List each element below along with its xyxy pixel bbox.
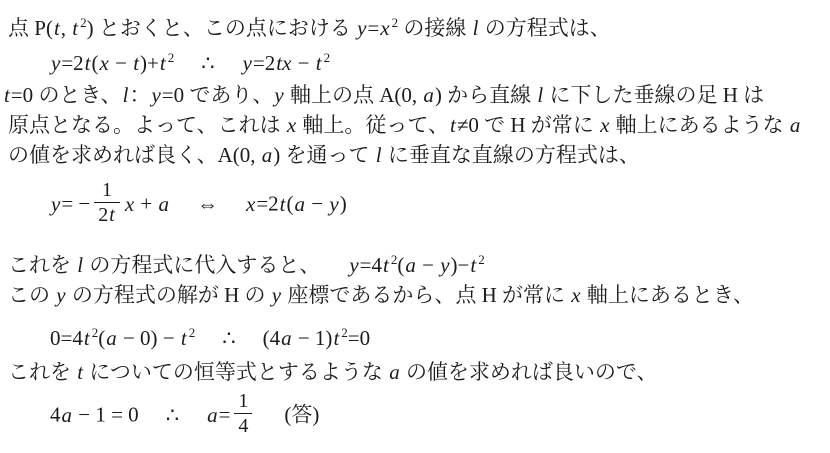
jp-text: についての恒等式とするような [84, 360, 388, 384]
math-variable: a [206, 403, 219, 427]
jp-text: の方程式は、 [479, 16, 610, 40]
jp-text: で H が常に [479, 113, 599, 137]
math-variable: y [356, 16, 367, 40]
math-text: ≠0 [457, 113, 479, 137]
solution-line-7: これを l の方程式に代入すると、y=4t2(a − y)−t2 [8, 246, 485, 279]
math-variable: t [469, 253, 477, 277]
math-variable: t [315, 51, 323, 75]
math-text: = [367, 16, 379, 40]
math-text: ) [87, 16, 94, 40]
denominator: 2t [94, 202, 120, 226]
math-text: = [219, 403, 231, 427]
math-text: (0, [233, 143, 261, 167]
jp-text: の値を求めれば良く、A [8, 143, 233, 167]
math-variable: a [261, 143, 274, 167]
numerator: 1 [234, 390, 252, 413]
math-variable: t [132, 51, 140, 75]
math-variable: t [449, 113, 457, 137]
jp-text: であり、 [184, 83, 273, 107]
relation-symbol: ∴ [201, 51, 214, 75]
math-text: =4 [360, 253, 382, 277]
jp-text: 軸上にあるような [610, 113, 789, 137]
math-text: ( [287, 192, 294, 216]
math-text: , [61, 16, 72, 40]
math-solution-document: 点 P(t, t2) とおくと、この点における y=x2 の接線 l の方程式は… [0, 0, 830, 453]
math-variable: y [439, 253, 450, 277]
solution-line-1: 点 P(t, t2) とおくと、この点における y=x2 の接線 l の方程式は… [8, 9, 611, 42]
numerator: 1 [94, 179, 120, 202]
math-variable: t [332, 326, 340, 350]
math-text: =0 [11, 83, 33, 107]
math-text: 0=4 [50, 326, 83, 350]
math-variable: x [286, 113, 297, 137]
math-variable: l [76, 253, 84, 277]
math-variable: t [159, 51, 167, 75]
jp-text: の方程式の解が H の [67, 283, 271, 307]
math-text: )+ [140, 51, 159, 75]
math-variable: tx [275, 51, 292, 75]
solution-line-3: t=0 のとき、l：y=0 であり、y 軸上の点 A(0, a) から直線 l … [3, 81, 764, 109]
jp-text: 点 P [8, 16, 46, 40]
jp-text: に下した垂線の足 H は [544, 83, 764, 107]
jp-text: とおくと、この点における [94, 16, 357, 40]
math-text: )− [451, 253, 470, 277]
jp-text: に垂直な直線の方程式は、 [383, 143, 640, 167]
solution-line-10: これを t についての恒等式とするような a の値を求めれば良いので、 [8, 358, 658, 386]
math-text: − 1) [293, 326, 333, 350]
jp-text: (答) [284, 403, 319, 427]
math-text: − 0) − [118, 326, 180, 350]
solution-line-9: 0=4t2(a − 0) − t2∴(4a − 1)t2=0 [50, 319, 370, 352]
math-text: − [306, 192, 328, 216]
exponent: 2 [324, 50, 331, 65]
math-text: ( [92, 51, 99, 75]
exponent: 2 [189, 325, 196, 340]
math-variable: t [279, 192, 287, 216]
math-variable: t [71, 16, 79, 40]
math-text: − [292, 51, 314, 75]
math-text: =2 [256, 192, 278, 216]
solution-line-4: 原点となる。よって、これは x 軸上。従って、t≠0 で H が常に x 軸上に… [8, 111, 801, 139]
math-text: ( [46, 16, 53, 40]
math-variable: x [245, 192, 256, 216]
math-variable: l [375, 143, 383, 167]
jp-text: の方程式に代入すると、 [84, 253, 320, 277]
jp-text: の接線 [398, 16, 472, 40]
math-variable: t [53, 16, 61, 40]
solution-line-8: この y の方程式の解が H の y 座標であるから、点 H が常に x 軸上に… [8, 281, 754, 309]
math-text: − [110, 51, 132, 75]
math-variable: y [328, 192, 339, 216]
math-variable: x [570, 283, 581, 307]
math-variable: t [382, 253, 390, 277]
jp-text: 軸上の点 A [285, 83, 395, 107]
math-variable: y [150, 83, 161, 107]
jp-text: これを [8, 360, 76, 384]
math-variable: t [180, 326, 188, 350]
math-variable: x [99, 51, 110, 75]
math-variable: a [294, 192, 307, 216]
math-variable: a [158, 192, 171, 216]
math-text: (0, [394, 83, 422, 107]
math-variable: y [273, 83, 284, 107]
jp-text: この [8, 283, 55, 307]
jp-text: の値を求めれば良いので、 [401, 360, 658, 384]
math-variable: y [271, 283, 282, 307]
math-variable: x [124, 192, 135, 216]
math-text: 1 [238, 390, 248, 412]
math-text: =0 [348, 326, 370, 350]
math-variable: x [599, 113, 610, 137]
math-text: 1 [102, 179, 112, 201]
math-variable: a [422, 83, 435, 107]
math-text: 2 [98, 204, 108, 226]
math-variable: y [348, 253, 359, 277]
jp-text: これを [8, 253, 76, 277]
solution-line-5: の値を求めれば良く、A(0, a) を通って l に垂直な直線の方程式は、 [8, 141, 640, 169]
math-variable: x [379, 16, 390, 40]
math-text: ) [435, 83, 442, 107]
relation-symbol: ∴ [222, 326, 235, 350]
math-variable: a [789, 113, 802, 137]
math-variable: a [280, 326, 293, 350]
math-text: =2 [61, 51, 83, 75]
math-variable: t [76, 360, 84, 384]
jp-text: 座標であるから、点 H が常に [282, 283, 570, 307]
fraction: 12t [94, 179, 120, 227]
jp-text: を通って [280, 143, 375, 167]
relation-symbol: ∴ [166, 403, 179, 427]
exponent: 2 [478, 252, 485, 267]
math-text: 4 [238, 415, 248, 437]
math-variable: a [105, 326, 118, 350]
math-variable: a [61, 403, 74, 427]
solution-line-6: y= −12tx + a⇔x=2t(a − y) [50, 182, 347, 230]
relation-symbol: ⇔ [197, 192, 218, 216]
jp-text: ： [129, 83, 150, 107]
math-text: − 1 = 0 [73, 403, 139, 427]
jp-text: のとき、 [33, 83, 121, 107]
math-text: = − [61, 192, 90, 216]
math-variable: t [3, 83, 11, 107]
math-variable: a [388, 360, 401, 384]
jp-text: 原点となる。よって、これは [8, 113, 286, 137]
math-text: =2 [253, 51, 275, 75]
math-variable: y [55, 283, 66, 307]
exponent: 2 [168, 50, 175, 65]
jp-text: から直線 [442, 83, 537, 107]
denominator: 4 [234, 413, 252, 437]
math-variable: t [84, 51, 92, 75]
math-variable: t [83, 326, 91, 350]
jp-text: 軸上にあるとき、 [582, 283, 754, 307]
math-variable: y [242, 51, 253, 75]
solution-line-2: y=2t(x − t)+t2∴y=2tx − t2 [50, 44, 330, 77]
math-text: (4 [263, 326, 281, 350]
math-text: + [135, 192, 157, 216]
math-variable: y [50, 192, 61, 216]
math-text: − [417, 253, 439, 277]
math-text: ) [340, 192, 347, 216]
jp-text: 軸上。従って、 [297, 113, 449, 137]
math-variable: a [404, 253, 417, 277]
fraction: 14 [234, 390, 252, 438]
math-text: 4 [50, 403, 61, 427]
math-variable: t [108, 204, 116, 226]
math-variable: y [50, 51, 61, 75]
solution-line-11: 4a − 1 = 0∴a=14(答) [50, 393, 319, 441]
math-text: =0 [162, 83, 184, 107]
